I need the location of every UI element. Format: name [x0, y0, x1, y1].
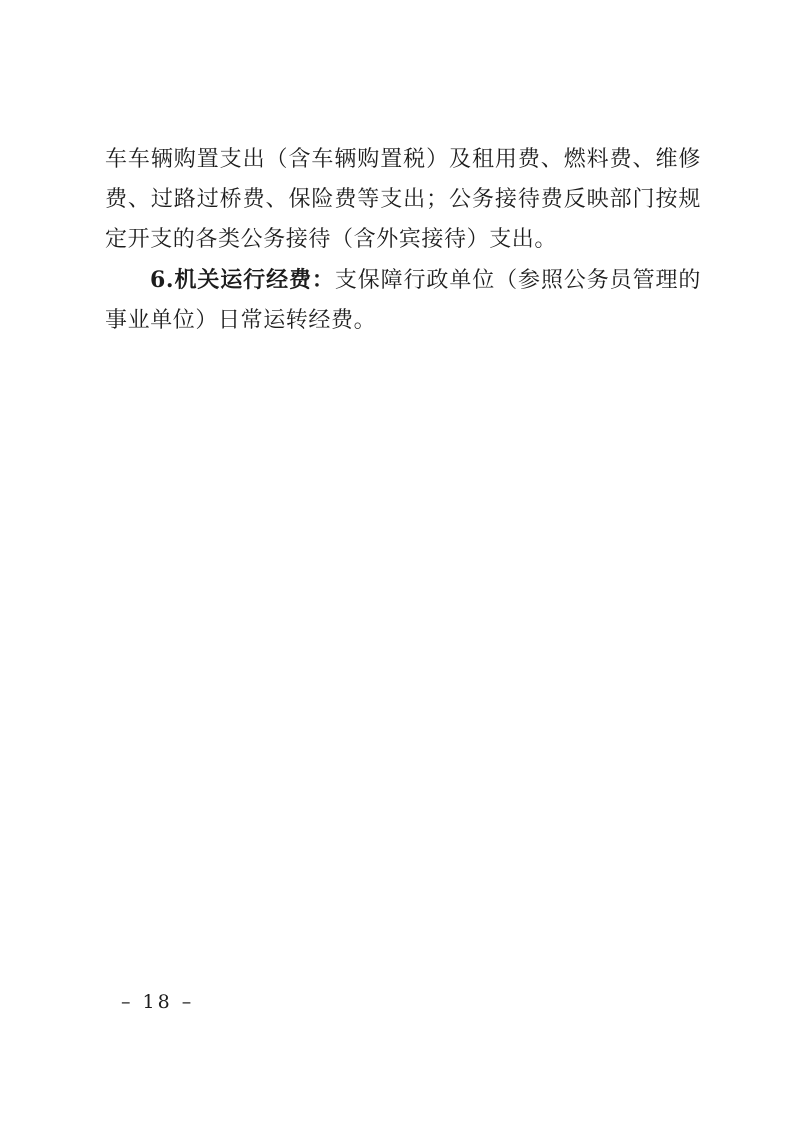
paragraph-agency-operating-funds: 6.机关运行经费：支保障行政单位（参照公务员管理的事业单位）日常运转经费。 — [105, 260, 701, 341]
paragraph-agency-operating-funds-lead: 6.机关运行经费： — [150, 267, 335, 293]
paragraph-vehicle-expenses: 车车辆购置支出（含车辆购置税）及租用费、燃料费、维修费、过路过桥费、保险费等支出… — [105, 140, 701, 260]
page-content: 车车辆购置支出（含车辆购置税）及租用费、燃料费、维修费、过路过桥费、保险费等支出… — [105, 140, 701, 341]
paragraph-vehicle-expenses-text: 车车辆购置支出（含车辆购置税）及租用费、燃料费、维修费、过路过桥费、保险费等支出… — [105, 147, 701, 252]
page-number: – 18 – — [121, 991, 194, 1013]
document-page: 车车辆购置支出（含车辆购置税）及租用费、燃料费、维修费、过路过桥费、保险费等支出… — [0, 0, 793, 1122]
